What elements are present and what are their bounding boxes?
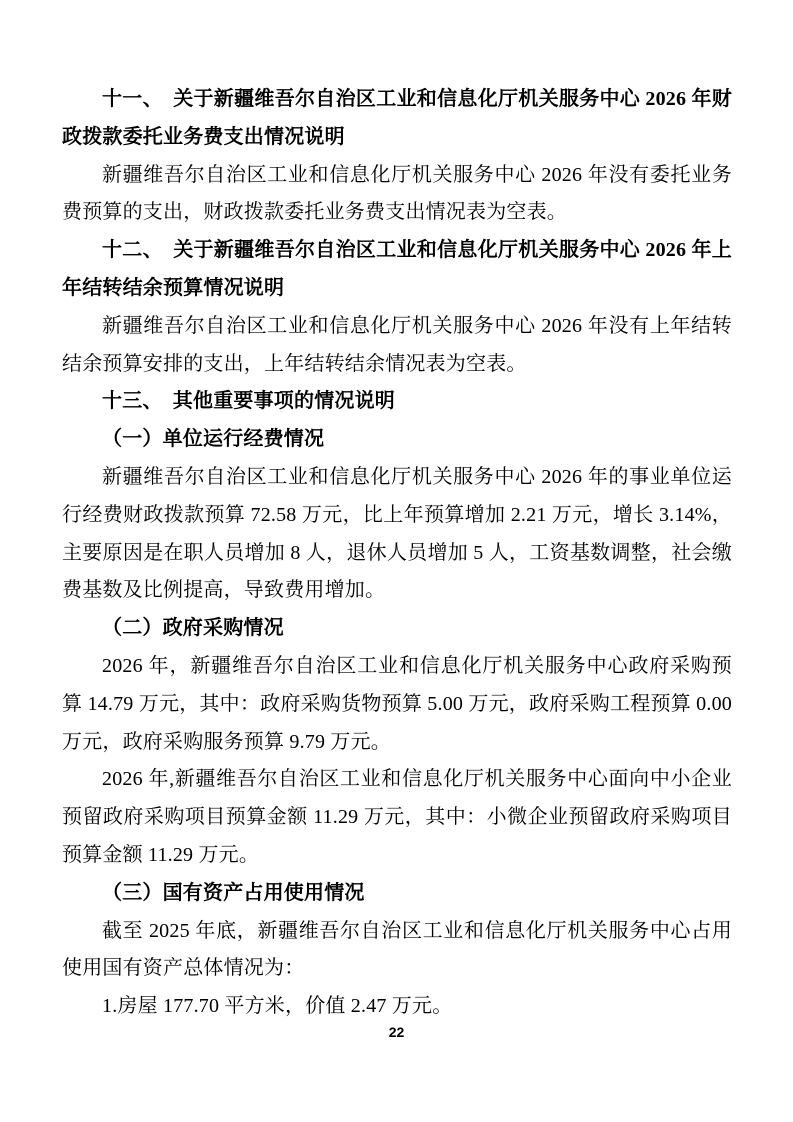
subheading-unit-operating-expense: （一）单位运行经费情况 bbox=[62, 421, 732, 459]
paragraph-unit-operating-expense: 新疆维吾尔自治区工业和信息化厅机关服务中心 2026 年的事业单位运行经费财政拨… bbox=[62, 459, 732, 610]
paragraph-assets-overview: 截至 2025 年底，新疆维吾尔自治区工业和信息化厅机关服务中心占用使用国有资产… bbox=[62, 913, 732, 989]
paragraph-entrusted-business-fee: 新疆维吾尔自治区工业和信息化厅机关服务中心 2026 年没有委托业务费预算的支出… bbox=[62, 157, 732, 233]
subheading-state-owned-assets: （三）国有资产占用使用情况 bbox=[62, 875, 732, 913]
heading-section-13: 十三、 其他重要事项的情况说明 bbox=[62, 383, 732, 421]
paragraph-carryover-balance: 新疆维吾尔自治区工业和信息化厅机关服务中心 2026 年没有上年结转结余预算安排… bbox=[62, 308, 732, 384]
document-content: 十一、 关于新疆维吾尔自治区工业和信息化厅机关服务中心 2026 年财政拨款委托… bbox=[62, 81, 732, 1026]
page-number: 22 bbox=[0, 1024, 793, 1040]
heading-section-11: 十一、 关于新疆维吾尔自治区工业和信息化厅机关服务中心 2026 年财政拨款委托… bbox=[62, 81, 732, 157]
paragraph-procurement-budget: 2026 年，新疆维吾尔自治区工业和信息化厅机关服务中心政府采购预算 14.79… bbox=[62, 648, 732, 761]
subheading-government-procurement: （二）政府采购情况 bbox=[62, 610, 732, 648]
heading-section-12: 十二、 关于新疆维吾尔自治区工业和信息化厅机关服务中心 2026 年上年结转结余… bbox=[62, 232, 732, 308]
paragraph-assets-item-housing: 1.房屋 177.70 平方米，价值 2.47 万元。 bbox=[62, 988, 732, 1026]
paragraph-sme-reserved-procurement: 2026 年,新疆维吾尔自治区工业和信息化厅机关服务中心面向中小企业预留政府采购… bbox=[62, 761, 732, 874]
document-page: 十一、 关于新疆维吾尔自治区工业和信息化厅机关服务中心 2026 年财政拨款委托… bbox=[0, 0, 793, 1122]
